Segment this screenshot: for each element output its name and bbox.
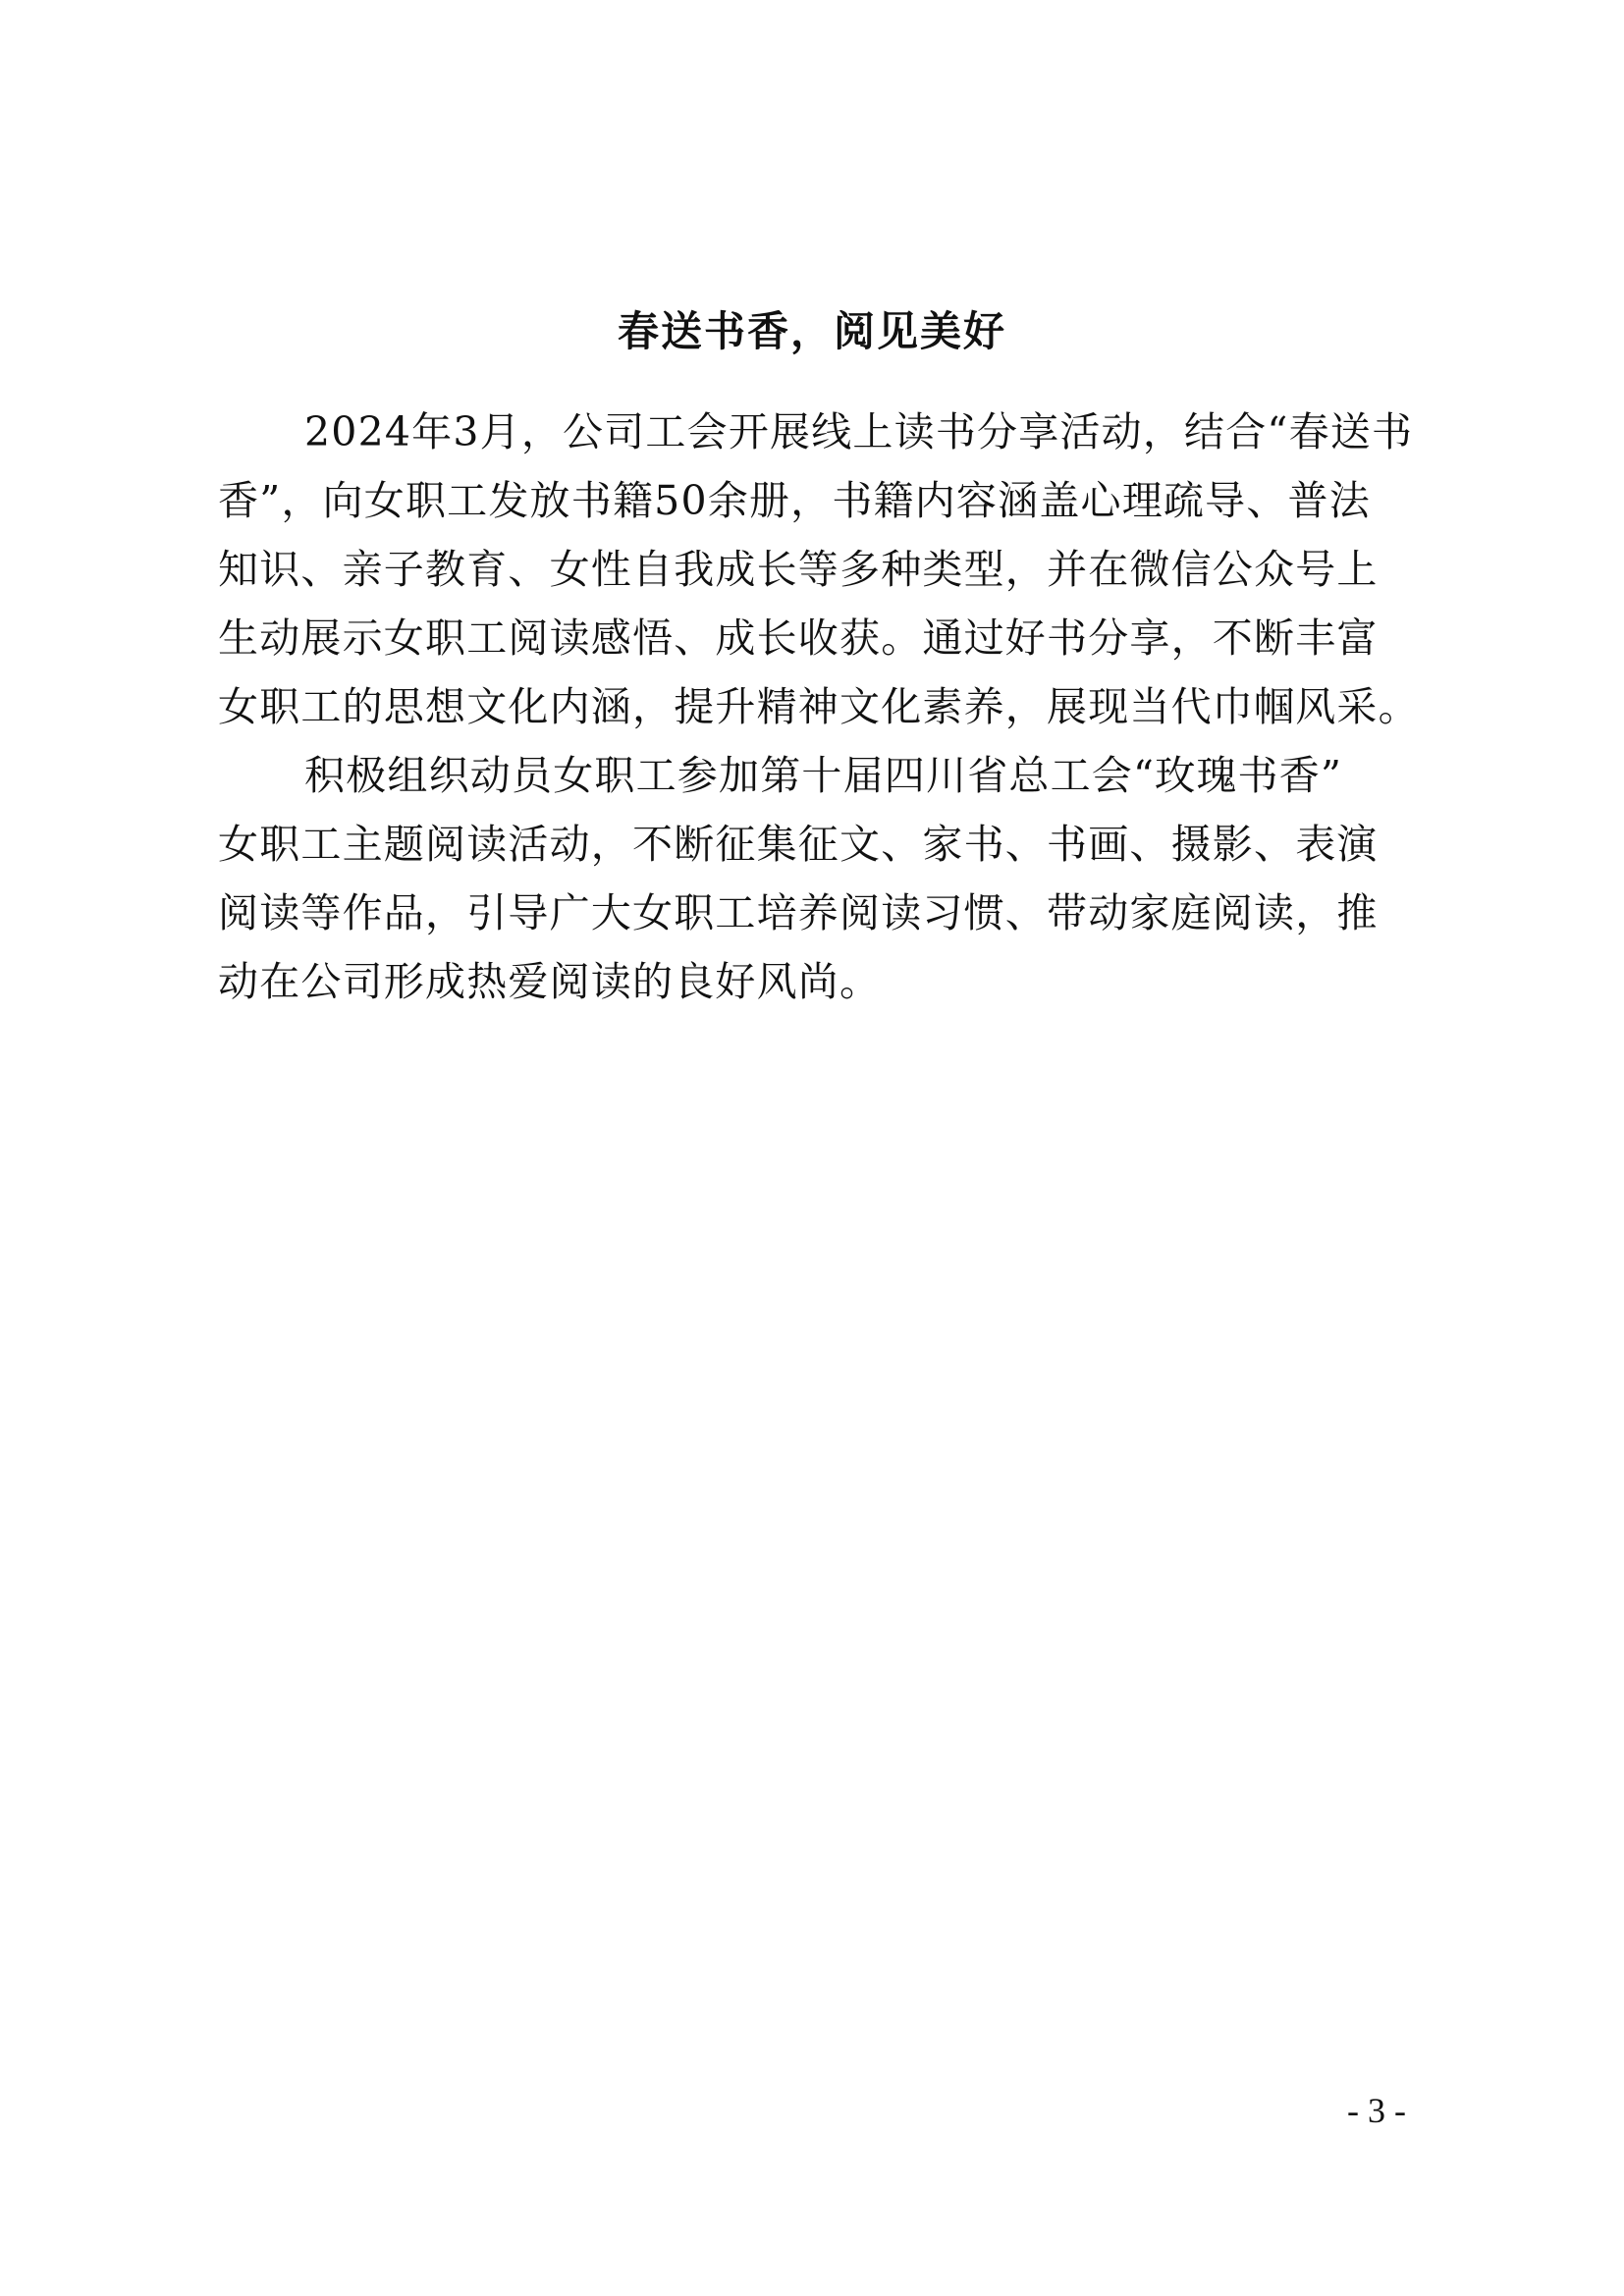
paragraph-line: 知识、亲子教育、女性自我成长等多种类型，并在微信公众号上 bbox=[218, 542, 1435, 611]
document-page: 春送书香，阅见美好 2024年3月，公司工会开展线上读书分享活动，结合“春送书 … bbox=[0, 0, 1624, 2296]
paragraph-line: 香”，向女职工发放书籍50余册，书籍内容涵盖心理疏导、普法 bbox=[218, 473, 1435, 542]
page-number: - 3 - bbox=[1327, 2089, 1426, 2132]
paragraph-1: 2024年3月，公司工会开展线上读书分享活动，结合“春送书 香”，向女职工发放书… bbox=[218, 404, 1435, 748]
article-title: 春送书香，阅见美好 bbox=[0, 306, 1624, 357]
paragraph-line: 积极组织动员女职工参加第十届四川省总工会“玫瑰书香” bbox=[218, 748, 1435, 817]
paragraph-2: 积极组织动员女职工参加第十届四川省总工会“玫瑰书香” 女职工主题阅读活动，不断征… bbox=[218, 748, 1435, 1023]
paragraph-line: 2024年3月，公司工会开展线上读书分享活动，结合“春送书 bbox=[218, 404, 1435, 473]
paragraph-line: 女职工的思想文化内涵，提升精神文化素养，展现当代巾帼风采。 bbox=[218, 679, 1435, 748]
article-body: 2024年3月，公司工会开展线上读书分享活动，结合“春送书 香”，向女职工发放书… bbox=[218, 404, 1435, 1023]
paragraph-line: 女职工主题阅读活动，不断征集征文、家书、书画、摄影、表演 bbox=[218, 817, 1435, 885]
paragraph-line: 阅读等作品，引导广大女职工培养阅读习惯、带动家庭阅读，推 bbox=[218, 885, 1435, 954]
paragraph-line: 生动展示女职工阅读感悟、成长收获。通过好书分享，不断丰富 bbox=[218, 611, 1435, 679]
paragraph-line: 动在公司形成热爱阅读的良好风尚。 bbox=[218, 954, 1435, 1023]
